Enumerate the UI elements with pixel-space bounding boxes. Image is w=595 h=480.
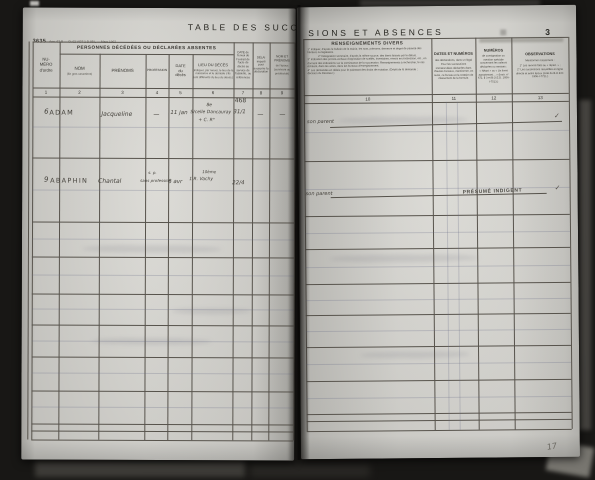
- entry-delai: —: [253, 111, 267, 118]
- col-label: RENSEIGNEMENTS DIVERS: [331, 40, 403, 46]
- col-header-profession: PROFESSION: [146, 54, 169, 88]
- feint-rule: [31, 407, 293, 409]
- row-rule: [32, 294, 294, 296]
- col-header-epoux: NOM ET PRÉNOMS de l'époux (survivant ou …: [270, 42, 295, 88]
- column-rule: [293, 42, 295, 440]
- col-label: NOM: [74, 66, 84, 72]
- successions-table-right: RENSEIGNEMENTS DIVERS 1° Indiquer, d'apr…: [303, 37, 571, 431]
- entry-date-deces: 6 avr: [168, 179, 182, 185]
- feint-rule: [306, 329, 571, 332]
- ink-mark: [500, 29, 506, 35]
- entry-renseignement: son parent: [306, 191, 333, 197]
- col-header-envoi: DATE de l'envoi de l'extrait de l'acte d…: [234, 42, 253, 88]
- col-label: DATES ET NUMÉROS: [434, 52, 473, 57]
- row-rule: [307, 429, 572, 432]
- column-caption: 12: [476, 93, 512, 101]
- col-note: 1° Les renvois faits au « répert. » ;: [520, 64, 561, 68]
- pencil-folio: 17: [546, 441, 558, 452]
- feint-rule: [306, 362, 571, 365]
- col-label: OBSERVATIONS: [525, 52, 555, 57]
- row-rule: [304, 159, 569, 162]
- feint-rule: [32, 190, 294, 192]
- feint-rule: [306, 396, 571, 399]
- entry-envoi: 31/1: [233, 109, 245, 115]
- col-header-date-deces: DATE du décès: [169, 54, 193, 88]
- entry-prenoms: Jacqueline: [101, 111, 132, 118]
- row-rule: [305, 214, 570, 217]
- feint-rule: [32, 239, 294, 241]
- col-note: 4° Les demandes en délais pour le paieme…: [308, 68, 428, 76]
- entry-lieu: S/celle Dancauray: [190, 110, 231, 115]
- column-rule: [268, 42, 270, 440]
- column-caption: 5: [168, 88, 192, 97]
- entry-lieu-sup: 8e: [206, 103, 212, 108]
- entry-nom: ABAPHIN: [50, 177, 88, 185]
- entry-lieu-sup: 10ème: [202, 169, 216, 174]
- col-header-dates-numeros: DATES ET NUMÉROS des déclarations, dans …: [431, 38, 475, 94]
- feint-rule: [32, 309, 294, 311]
- feint-rule: [32, 127, 294, 129]
- col-header-lieu-deces: LIEU DU DÉCÈS (Indiquer, par renvoi, le …: [193, 54, 234, 88]
- row-rule: [32, 222, 294, 224]
- feint-rule: [305, 265, 570, 268]
- row-rule: [305, 282, 570, 285]
- entry-epoux: —: [272, 111, 292, 118]
- col-note: (En gros caractères): [67, 72, 92, 76]
- col-note: Mentionner notamment :: [525, 59, 554, 63]
- column-caption: 2: [59, 88, 99, 97]
- ledger-book-photo: 3635Ann. 62 B — Gt 62 VOT 1 D 98 L — Mar…: [0, 0, 595, 480]
- shadow-blob: [35, 461, 245, 477]
- col-note: de consignation ou mention spéciale conc…: [477, 55, 509, 69]
- column-caption: 6: [192, 88, 233, 97]
- feint-rule: [306, 298, 571, 301]
- column-caption: 10: [304, 94, 432, 103]
- entry-envoi: 22/4: [232, 180, 244, 186]
- feint-rule: [304, 130, 569, 133]
- entry-nom: ADAM: [49, 109, 74, 117]
- entry-lieu-inf: + C. R°: [198, 118, 215, 123]
- shadow-blob: [250, 465, 370, 477]
- col-label: NUMÉROS: [484, 48, 503, 53]
- column-caption: 1: [32, 88, 59, 97]
- row-rule: [32, 357, 294, 359]
- col-header-observations: OBSERVATIONS Mentionner notamment : 1° L…: [511, 37, 568, 93]
- column-caption: 9: [269, 88, 294, 97]
- col-note: (Indiquer, par renvoi, le lieu de la nai…: [193, 69, 234, 80]
- left-page: 3635Ann. 62 B — Gt 62 VOT 1 D 98 L — Mar…: [21, 8, 296, 461]
- check-tick: ✓: [555, 184, 561, 192]
- col-note: (survivant ou prédécédé): [271, 68, 294, 75]
- col-note: 2° Les successions recueillies en ligne …: [515, 68, 566, 79]
- col-header-delai: DÉLAI imparti pour souscrire la déclarat…: [253, 42, 270, 88]
- feint-rule: [32, 275, 294, 277]
- column-caption: 13: [512, 93, 569, 101]
- page-stack-edge: [579, 100, 591, 430]
- ink-strike-line: [331, 193, 547, 198]
- feint-rule: [32, 373, 294, 375]
- column-caption: 4: [145, 88, 168, 97]
- margin-rule: [27, 42, 29, 440]
- row-rule: [32, 257, 294, 259]
- row-rule: [306, 345, 571, 348]
- right-page: SIONS ET ABSENCES 3 RENSEIGNEMENTS DIVER…: [297, 5, 580, 459]
- entry-date-deces: 11 jan: [170, 110, 187, 116]
- column-caption: 7: [233, 88, 252, 97]
- group-header-personnes: PERSONNES DÉCÉDÉES OU DÉCLARÉES ABSENTES: [60, 42, 234, 55]
- col-header-numero: NU- MÉRO d'ordre: [33, 42, 60, 88]
- row-rule: [31, 431, 293, 433]
- feint-rule: [305, 231, 570, 234]
- col-header-numeros-consignation: NUMÉROS de consignation ou mention spéci…: [475, 37, 511, 93]
- row-rule: [306, 313, 571, 316]
- carry-number: 468: [228, 97, 252, 104]
- column-rule: [568, 37, 572, 429]
- row-rule: [307, 412, 572, 415]
- col-label: NOM ET PRÉNOMS: [271, 55, 294, 63]
- row-rule: [31, 440, 293, 442]
- entry-profession: —: [147, 111, 165, 118]
- col-note: « Néant » ou « Un livret appartenant… » …: [478, 70, 510, 84]
- row-rule: [305, 247, 570, 250]
- col-header-prenoms: PRÉNOMS: [100, 54, 146, 88]
- row-rule: [32, 158, 294, 160]
- column-rule: [58, 42, 60, 440]
- column-caption: 3: [99, 88, 145, 97]
- row-rule: [306, 379, 571, 382]
- entry-prenoms: Chantal: [98, 178, 121, 185]
- entry-profession-sup: s. p.: [148, 170, 156, 175]
- col-header-renseignements: RENSEIGNEMENTS DIVERS 1° Indiquer, d'apr…: [303, 38, 431, 95]
- paper-speck: [30, 1, 39, 6]
- folio-number: 3: [545, 27, 550, 37]
- row-rule: [307, 419, 572, 422]
- row-rule: [31, 424, 293, 426]
- column-caption: 8: [252, 88, 269, 97]
- column-caption: 11: [432, 94, 476, 102]
- entry-lieu: 1 R. Vachy: [189, 177, 213, 182]
- row-rule: [32, 325, 294, 327]
- row-rule: [31, 391, 293, 393]
- col-header-nom: NOM (En gros caractères): [60, 54, 100, 88]
- feint-rule: [305, 187, 570, 190]
- column-rule: [31, 42, 33, 440]
- col-note: Pour les successions immatriculées décla…: [434, 63, 474, 81]
- entry-profession: sans profession: [140, 178, 171, 183]
- check-tick: ✓: [554, 112, 560, 120]
- page-title-right: SIONS ET ABSENCES: [308, 27, 443, 38]
- entry-renseignement: son parent: [307, 119, 334, 125]
- successions-table-left: PERSONNES DÉCÉDÉES OU DÉCLARÉES ABSENTES…: [31, 42, 294, 441]
